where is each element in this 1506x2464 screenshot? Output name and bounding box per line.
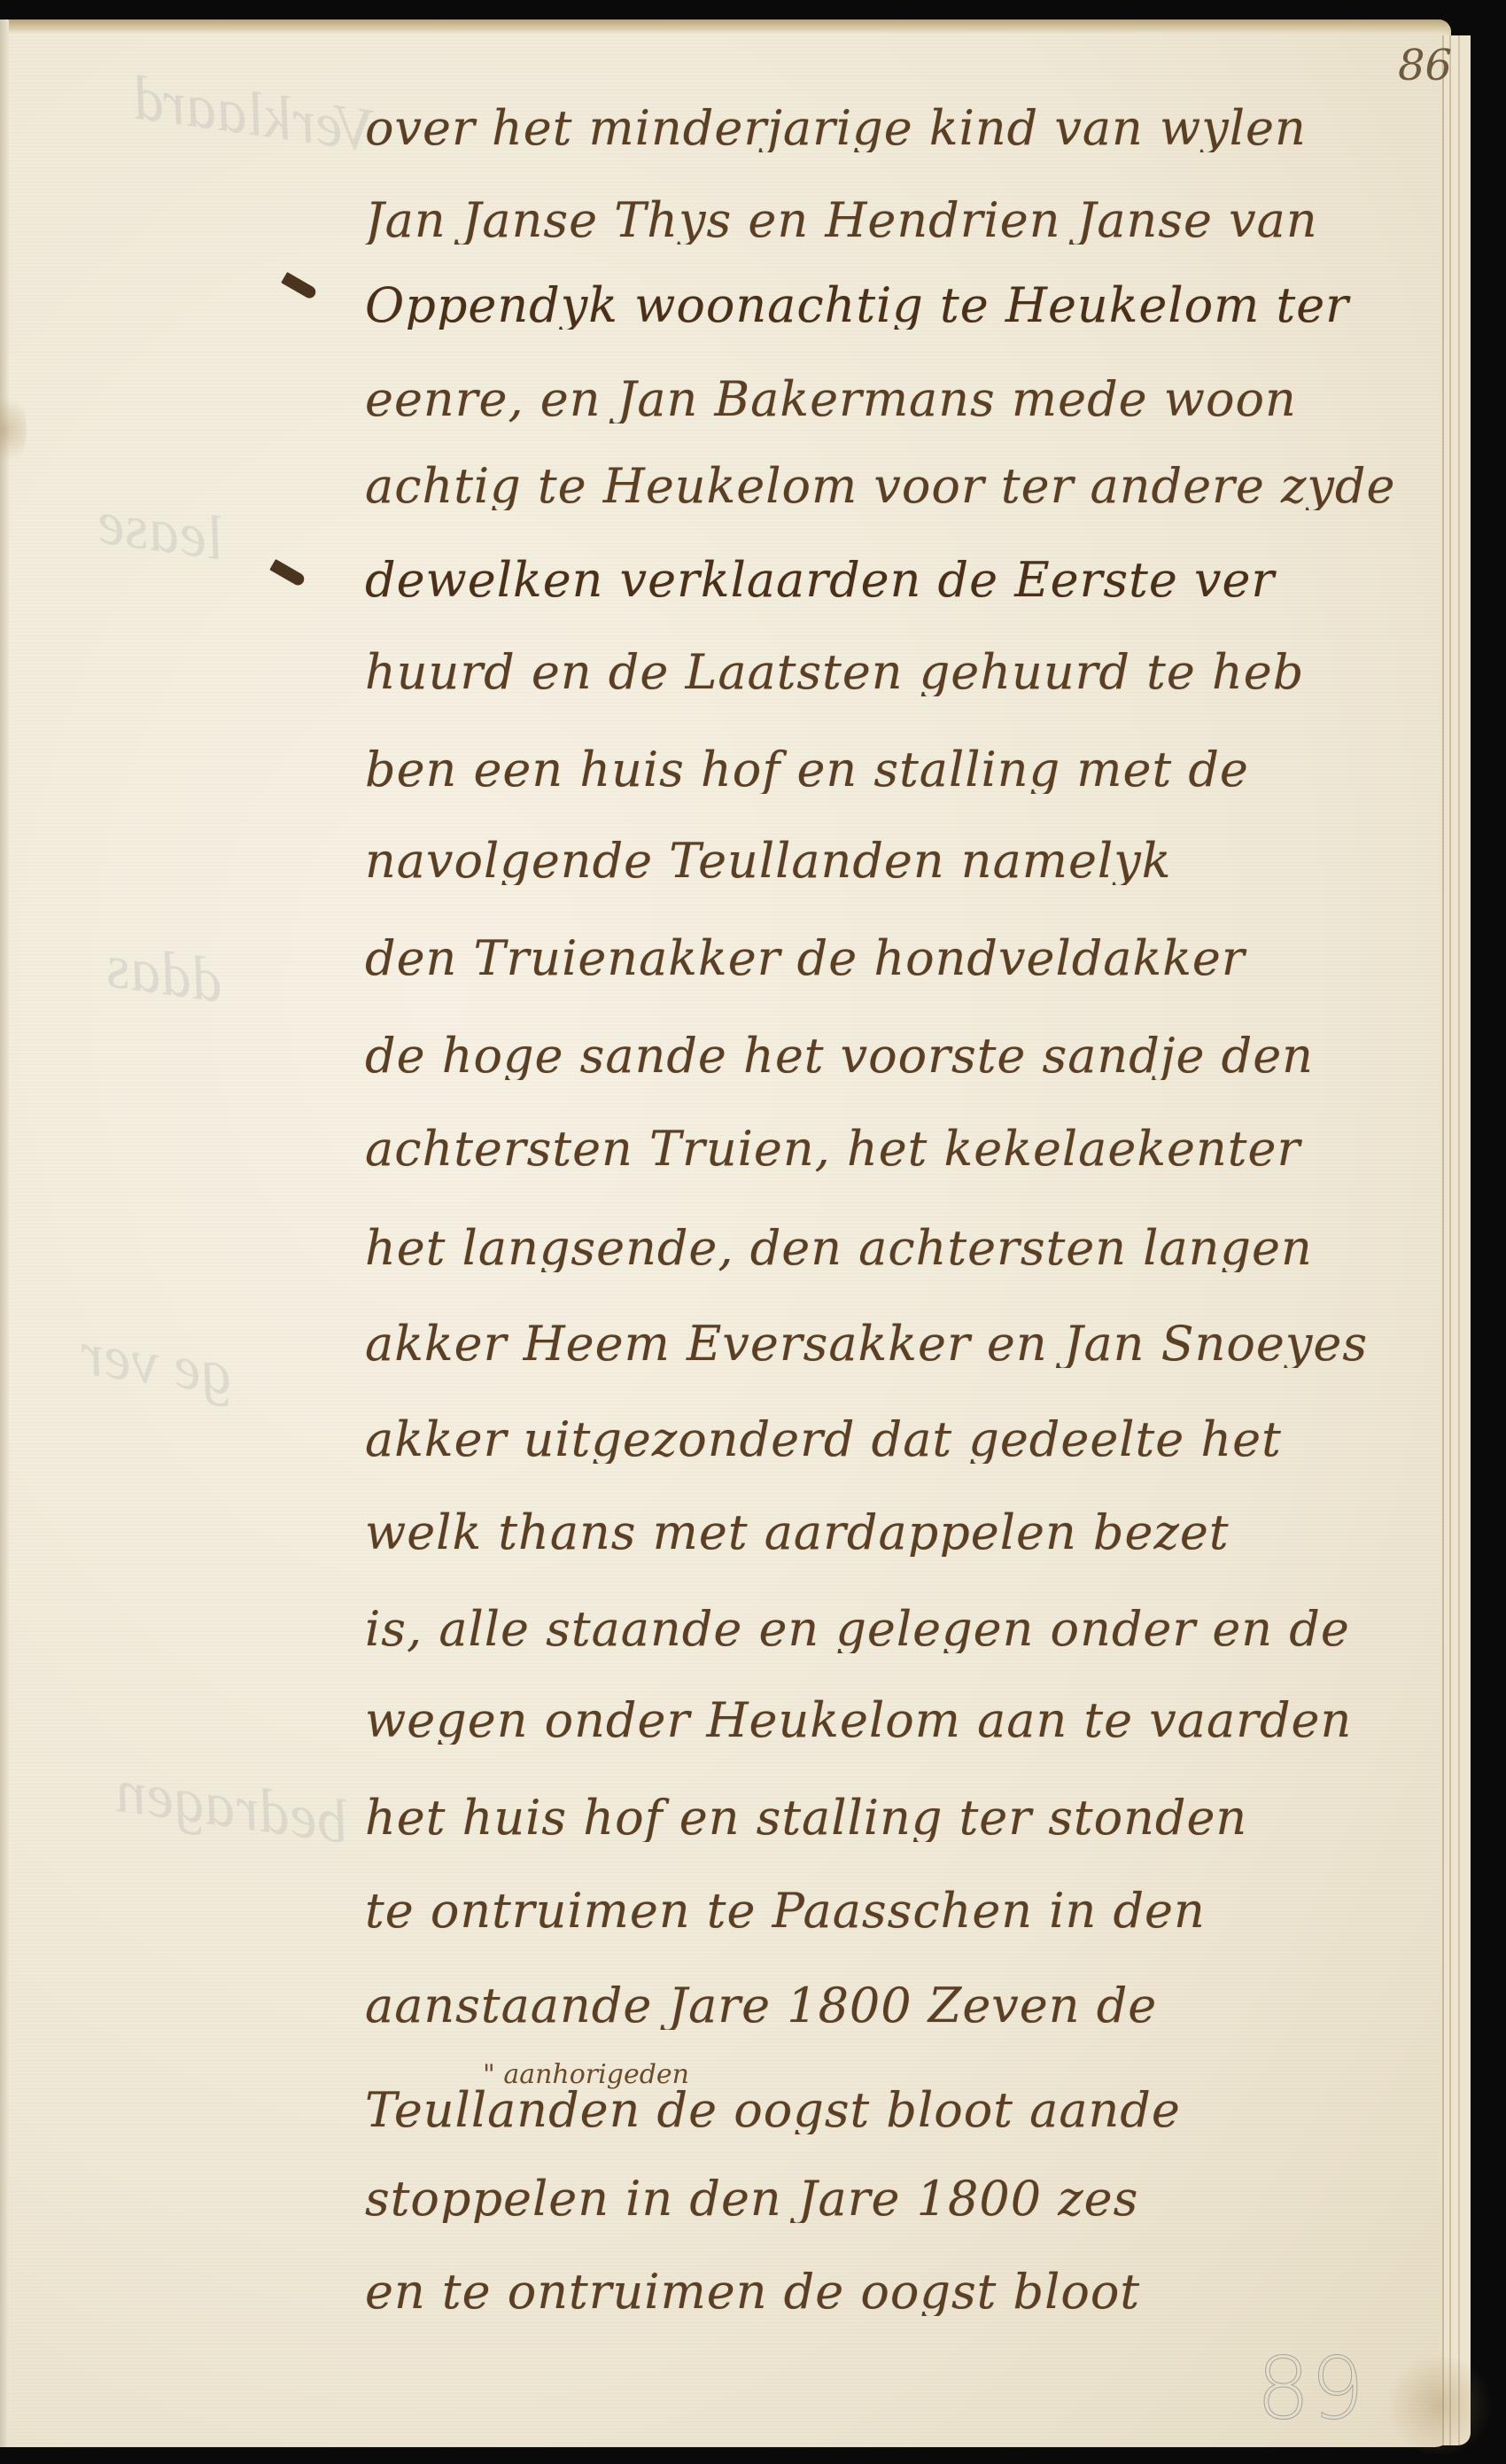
manuscript-line: de hoge sande het voorste sandje den <box>365 1032 1450 1080</box>
manuscript-line: achtig te Heukelom voor ter andere zyde <box>365 462 1450 510</box>
manuscript-line: navolgende Teullanden namelyk <box>365 837 1450 885</box>
manuscript-line: over het minderjarige kind van wylen <box>365 105 1450 152</box>
page-top-edge <box>0 19 1451 34</box>
manuscript-line: en te ontruimen de oogst bloot <box>365 2268 1450 2316</box>
manuscript-line: wegen onder Heukelom aan te vaarden <box>365 1697 1450 1745</box>
manuscript-line: is, alle staande en gelegen onder en de <box>365 1605 1450 1653</box>
manuscript-line: stoppelen in den Jare 1800 zes <box>365 2175 1450 2223</box>
manuscript-line: huurd en de Laatsten gehuurd te heb <box>365 649 1450 696</box>
binding-gutter <box>0 19 9 2447</box>
folio-number-pencil: 89 <box>1256 2339 1364 2438</box>
manuscript-line: akker Heem Eversakker en Jan Snoeyes <box>365 1320 1450 1368</box>
manuscript-line: achtersten Truien, het kekelaekenter <box>365 1125 1450 1173</box>
manuscript-line: Jan Janse Thys en Hendrien Janse van <box>365 197 1450 245</box>
interlinear-insertion: " aanhorigeden <box>483 2059 689 2090</box>
manuscript-line: akker uitgezonderd dat gedeelte het <box>365 1416 1450 1464</box>
folio-number-ink: 86 <box>1398 41 1452 90</box>
manuscript-line: eenre, en Jan Bakermans mede woon <box>365 376 1450 424</box>
manuscript-line: dewelken verklaarden de Eerste ver <box>365 556 1450 604</box>
paper-stain <box>1382 2357 1497 2454</box>
manuscript-line: aanstaande Jare 1800 Zeven de <box>365 1982 1450 2030</box>
manuscript-line: Oppendyk woonachtig te Heukelom ter <box>365 282 1450 330</box>
manuscript-line: welk thans met aardappelen bezet <box>365 1509 1450 1557</box>
manuscript-line: Teullanden de oogst bloot aande <box>365 2087 1450 2134</box>
manuscript-line: het huis hof en stalling ter stonden <box>365 1794 1450 1842</box>
manuscript-line: den Truienakker de hondveldakker <box>365 935 1450 983</box>
manuscript-line: het langsende, den achtersten langen <box>365 1224 1450 1272</box>
manuscript-line: ben een huis hof en stalling met de <box>365 746 1450 794</box>
manuscript-line: te ontruimen te Paasschen in den <box>365 1887 1450 1935</box>
